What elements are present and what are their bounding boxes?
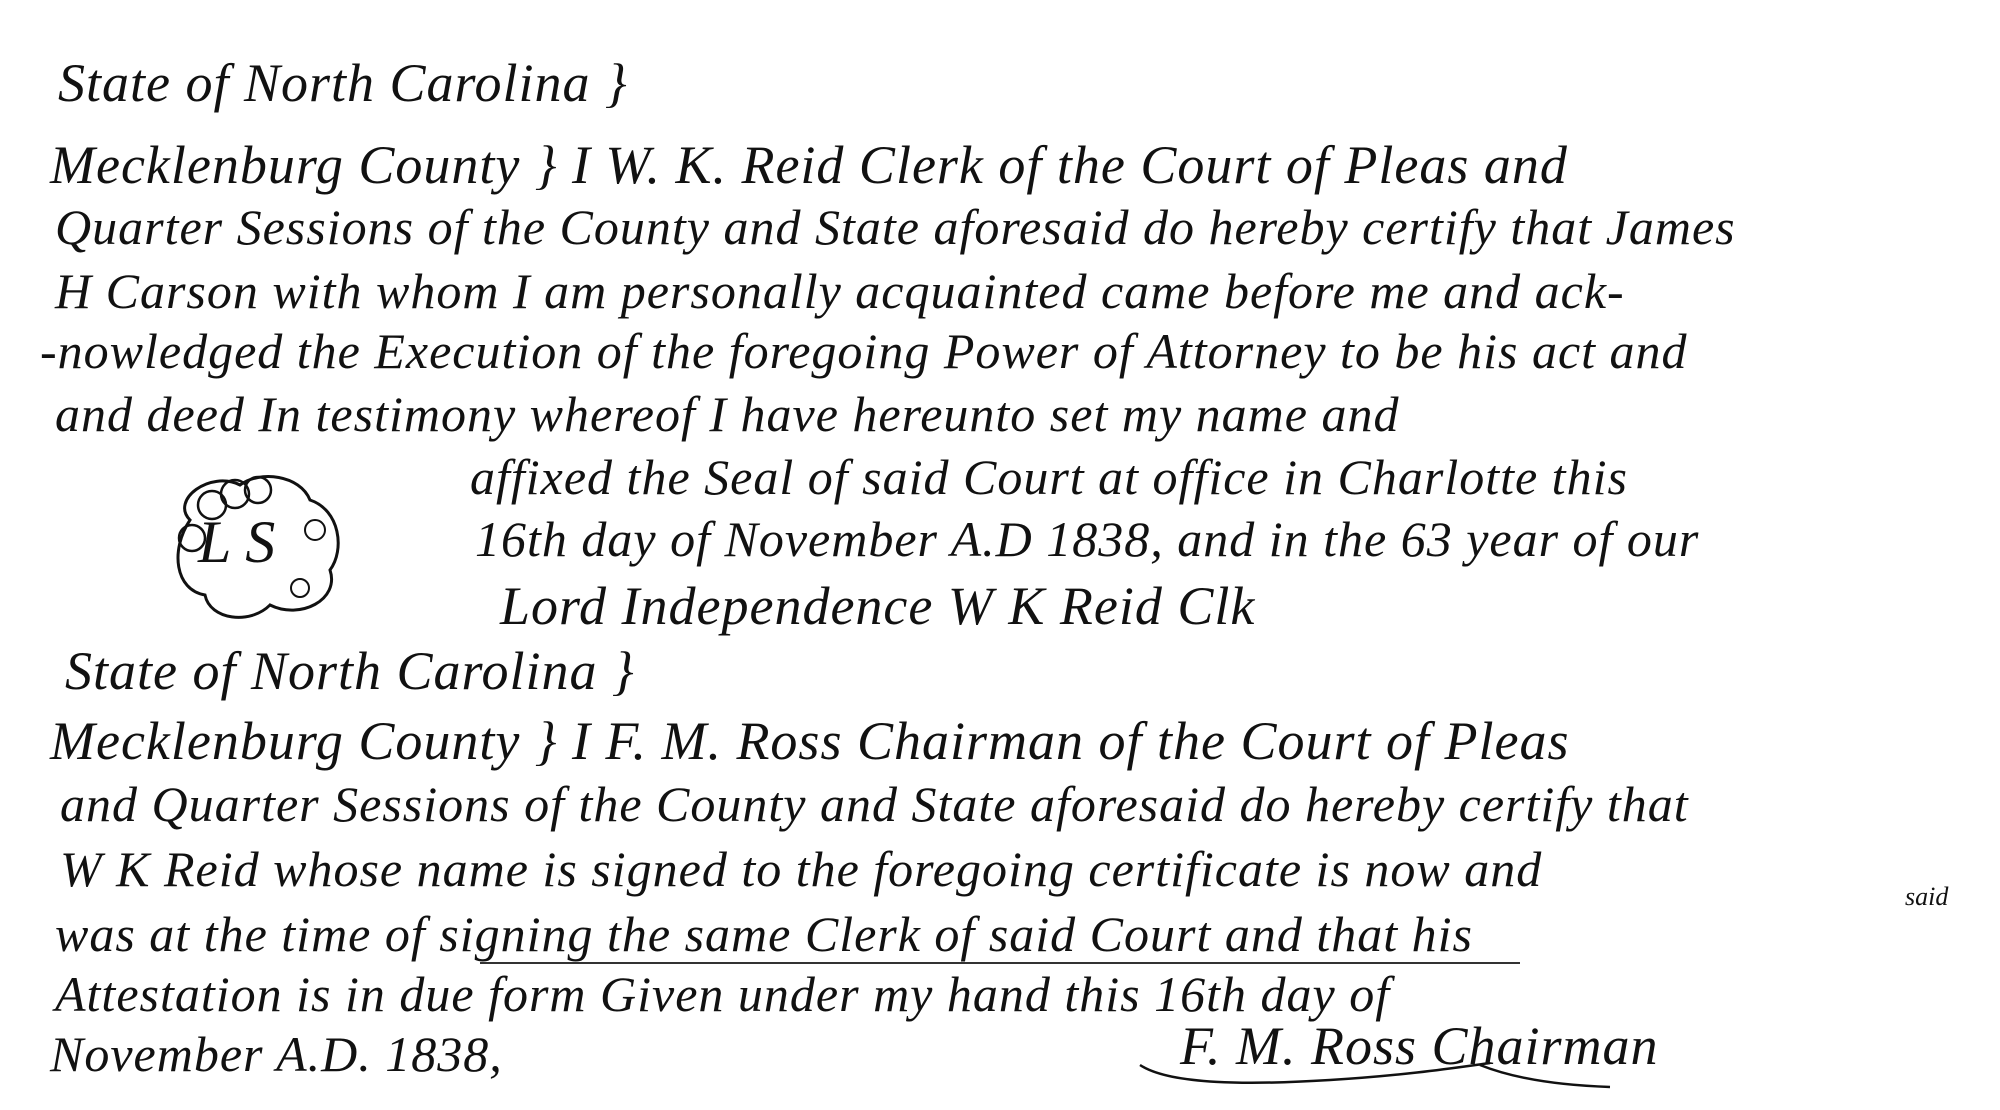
seal-label: L S	[198, 508, 275, 577]
text-line: and Quarter Sessions of the County and S…	[60, 775, 1689, 833]
text-line-signature: Lord Independence W K Reid Clk	[500, 575, 1255, 637]
rule-line	[480, 962, 1520, 964]
text-line: Mecklenburg County } I F. M. Ross Chairm…	[50, 710, 1569, 772]
text-line: affixed the Seal of said Court at office…	[470, 448, 1628, 506]
text-line: H Carson with whom I am personally acqua…	[55, 262, 1625, 320]
text-line: November A.D. 1838,	[50, 1025, 503, 1083]
text-line: was at the time of signing the same Cler…	[55, 905, 1473, 963]
text-line: Quarter Sessions of the County and State…	[55, 198, 1736, 256]
text-line: 16th day of November A.D 1838, and in th…	[475, 510, 1699, 568]
document-page: State of North Carolina } Mecklenburg Co…	[0, 0, 2000, 1110]
heading-state: State of North Carolina }	[65, 640, 635, 702]
interlineation: said	[1905, 882, 1948, 912]
text-line: -nowledged the Execution of the foregoin…	[40, 322, 1688, 380]
text-line: Mecklenburg County } I W. K. Reid Clerk …	[50, 134, 1568, 196]
signature-flourish-icon	[1130, 1055, 1650, 1095]
text-line: W K Reid whose name is signed to the for…	[60, 840, 1542, 898]
seal-flourish-icon: L S	[150, 460, 360, 630]
heading-state: State of North Carolina }	[58, 52, 628, 114]
text-line: and deed In testimony whereof I have her…	[55, 385, 1399, 443]
